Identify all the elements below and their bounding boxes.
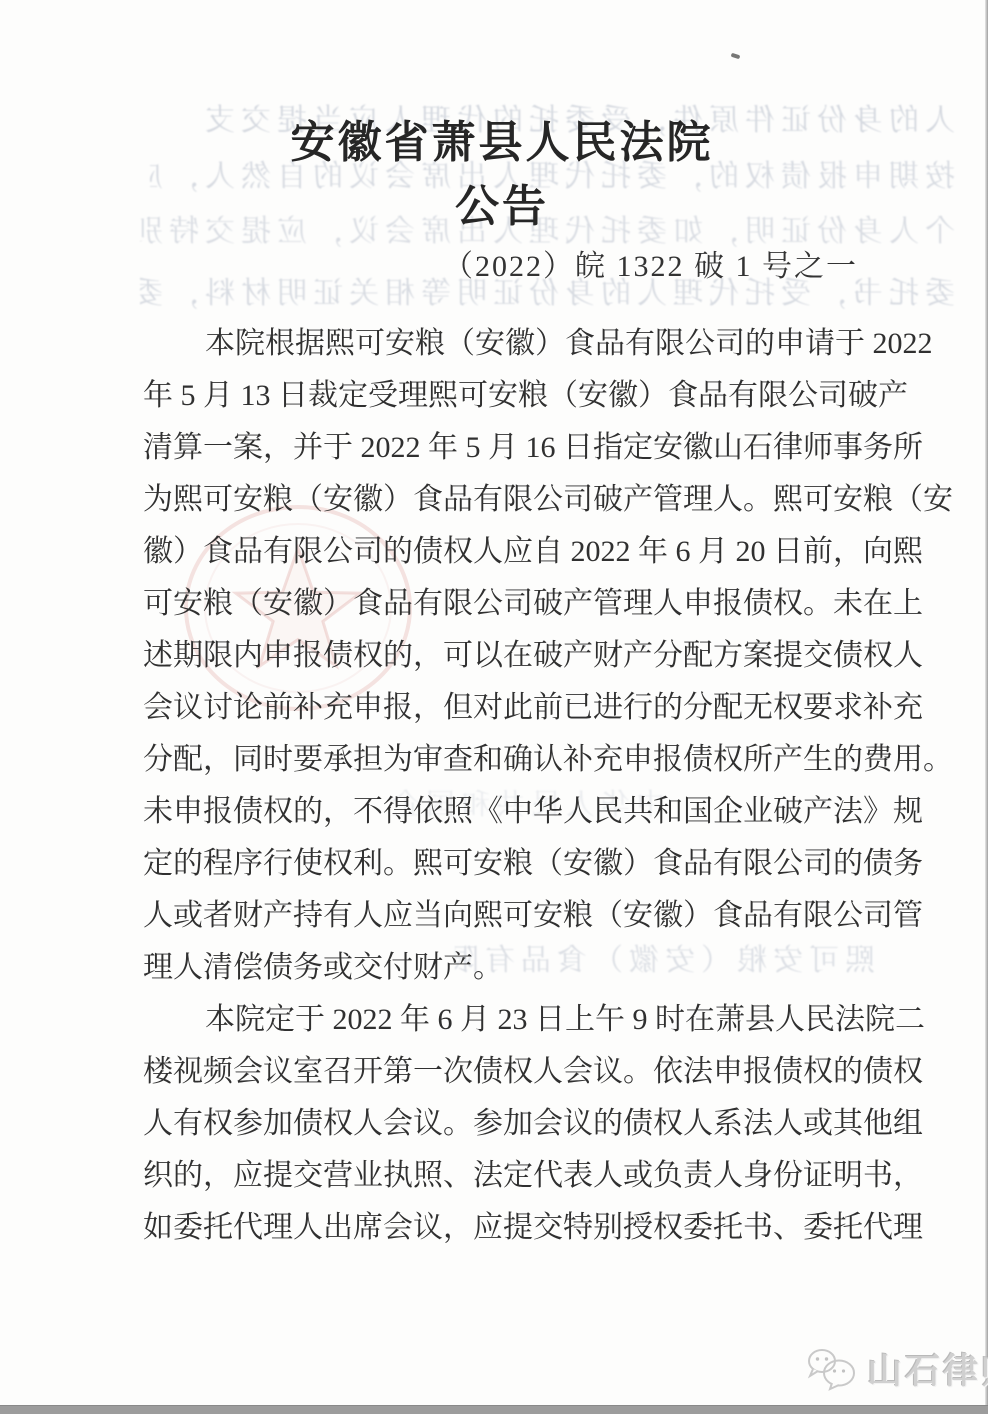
page-title-court: 安徽省萧县人民法院 — [143, 106, 861, 170]
body-line: 人有权参加债权人会议。参加会议的债权人系法人或其他组 — [143, 1098, 861, 1150]
scanned-court-notice-page: 人的身份证件原件，受委托的代理人应当提交支按期申报债权的，委托代理人出席会议的自… — [0, 0, 988, 1414]
document-body: 本院根据熙可安粮（安徽）食品有限公司的申请于 2022年 5 月 13 日裁定受… — [143, 318, 861, 1254]
scan-edge-bottom — [0, 1405, 988, 1414]
body-line: 织的，应提交营业执照、法定代表人或负责人身份证明书， — [143, 1150, 861, 1202]
scan-speck — [731, 53, 741, 60]
body-line: 年 5 月 13 日裁定受理熙可安粮（安徽）食品有限公司破产 — [143, 370, 861, 422]
body-line: 为熙可安粮（安徽）食品有限公司破产管理人。熙可安粮（安 — [143, 474, 861, 526]
wechat-icon — [806, 1347, 860, 1391]
page-title-doctype: 公告 — [143, 170, 861, 234]
body-line: 本院定于 2022 年 6 月 23 日上午 9 时在萧县人民法院二 — [143, 994, 861, 1046]
body-line: 分配，同时要承担为审查和确认补充申报债权所产生的费用。 — [143, 734, 861, 786]
body-line: 如委托代理人出席会议，应提交特别授权委托书、委托代理 — [143, 1202, 861, 1254]
body-line: 定的程序行使权利。熙可安粮（安徽）食品有限公司的债务 — [143, 838, 861, 890]
body-line: 清算一案，并于 2022 年 5 月 16 日指定安徽山石律师事务所 — [143, 422, 861, 474]
body-line: 楼视频会议室召开第一次债权人会议。依法申报债权的债权 — [143, 1046, 861, 1098]
case-number: （2022）皖 1322 破 1 号之一 — [143, 241, 858, 285]
body-line: 会议讨论前补充申报，但对此前已进行的分配无权要求补充 — [143, 682, 861, 734]
body-line: 人或者财产持有人应当向熙可安粮（安徽）食品有限公司管 — [143, 890, 861, 942]
brand-watermark: 山石律师 — [806, 1344, 988, 1394]
body-line: 未申报债权的，不得依照《中华人民共和国企业破产法》规 — [143, 786, 861, 838]
body-line: 本院根据熙可安粮（安徽）食品有限公司的申请于 2022 — [143, 318, 861, 370]
body-line: 徽）食品有限公司的债权人应自 2022 年 6 月 20 日前，向熙 — [143, 526, 861, 578]
brand-name: 山石律师 — [867, 1344, 988, 1394]
body-line: 理人清偿债务或交付财产。 — [143, 942, 861, 994]
body-line: 可安粮（安徽）食品有限公司破产管理人申报债权。未在上 — [143, 578, 861, 630]
body-line: 述期限内申报债权的，可以在破产财产分配方案提交债权人 — [143, 630, 861, 682]
